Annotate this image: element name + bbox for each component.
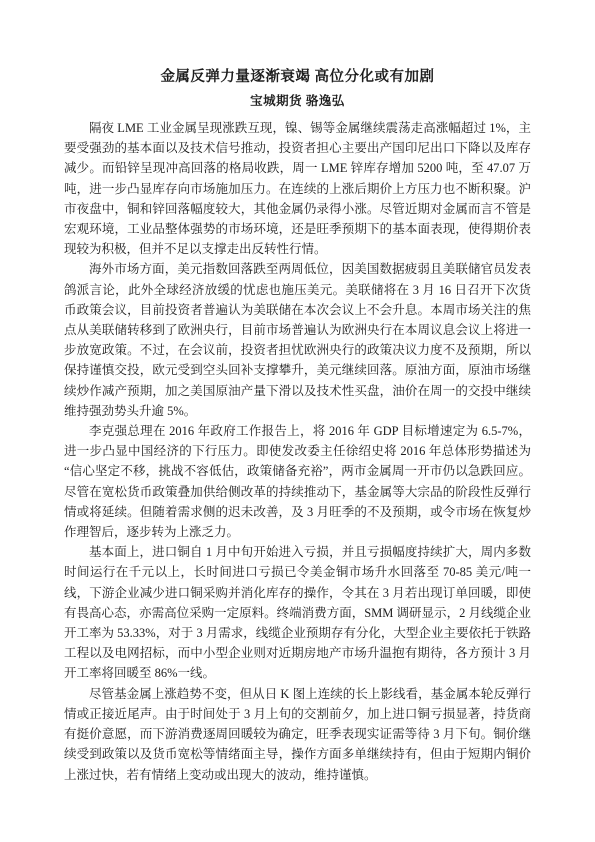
body-paragraph-market-overnight: 隔夜 LME 工业金属呈现涨跌互现，镍、锡等金属继续震荡走高涨幅超过 1%，主要… [64, 118, 531, 259]
byline: 宝城期货 骆逸弘 [64, 91, 531, 111]
document-title: 金属反弹力量逐渐衰竭 高位分化或有加剧 [64, 66, 531, 88]
body-paragraph-overseas-markets: 海外市场方面，美元指数回落跌至两周低位，因美国数据疲弱且美联储官员发表鸽派言论，… [64, 259, 531, 421]
document-page: 金属反弹力量逐渐衰竭 高位分化或有加剧 宝城期货 骆逸弘 隔夜 LME 工业金属… [0, 0, 595, 842]
document-body: 隔夜 LME 工业金属呈现涨跌互现，镍、锡等金属继续震荡走高涨幅超过 1%，主要… [64, 118, 531, 785]
body-paragraph-fundamentals: 基本面上，进口铜自 1 月中旬开始进入亏损，并且亏损幅度持续扩大，周内多数时间运… [64, 542, 531, 683]
body-paragraph-policy-macro: 李克强总理在 2016 年政府工作报告上，将 2016 年 GDP 目标增速定为… [64, 421, 531, 542]
body-paragraph-outlook: 尽管基金属上涨趋势不变，但从日 K 图上连续的长上影线看，基金属本轮反弹行情或正… [64, 684, 531, 785]
